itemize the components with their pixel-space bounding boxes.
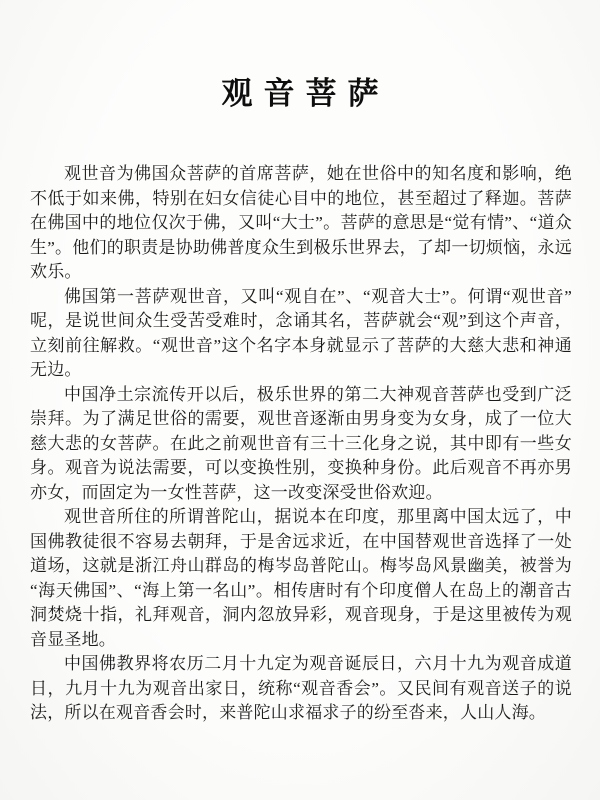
body-text: 观世音为佛国众菩萨的首席菩萨，她在世俗中的知名度和影响，绝不低于如来佛，特别在妇… [30,162,572,726]
book-page: 观音菩萨 观世音为佛国众菩萨的首席菩萨，她在世俗中的知名度和影响，绝不低于如来佛… [0,0,600,800]
body-paragraph: 中国净土宗流传开以后，极乐世界的第二大神观音菩萨也受到广泛崇拜。为了满足世俗的需… [30,383,572,506]
body-paragraph: 佛国第一菩萨观世音，又叫“观自在”、“观音大士”。何谓“观世音”呢，是说世间众生… [30,285,572,383]
body-paragraph: 中国佛教界将农历二月十九定为观音诞辰日，六月十九为观音成道日，九月十九为观音出家… [30,652,572,726]
body-paragraph: 观世音所住的所谓普陀山，据说本在印度，那里离中国太远了，中国佛教徒很不容易去朝拜… [30,505,572,652]
body-paragraph: 观世音为佛国众菩萨的首席菩萨，她在世俗中的知名度和影响，绝不低于如来佛，特别在妇… [30,162,572,285]
page-title: 观音菩萨 [0,68,600,113]
